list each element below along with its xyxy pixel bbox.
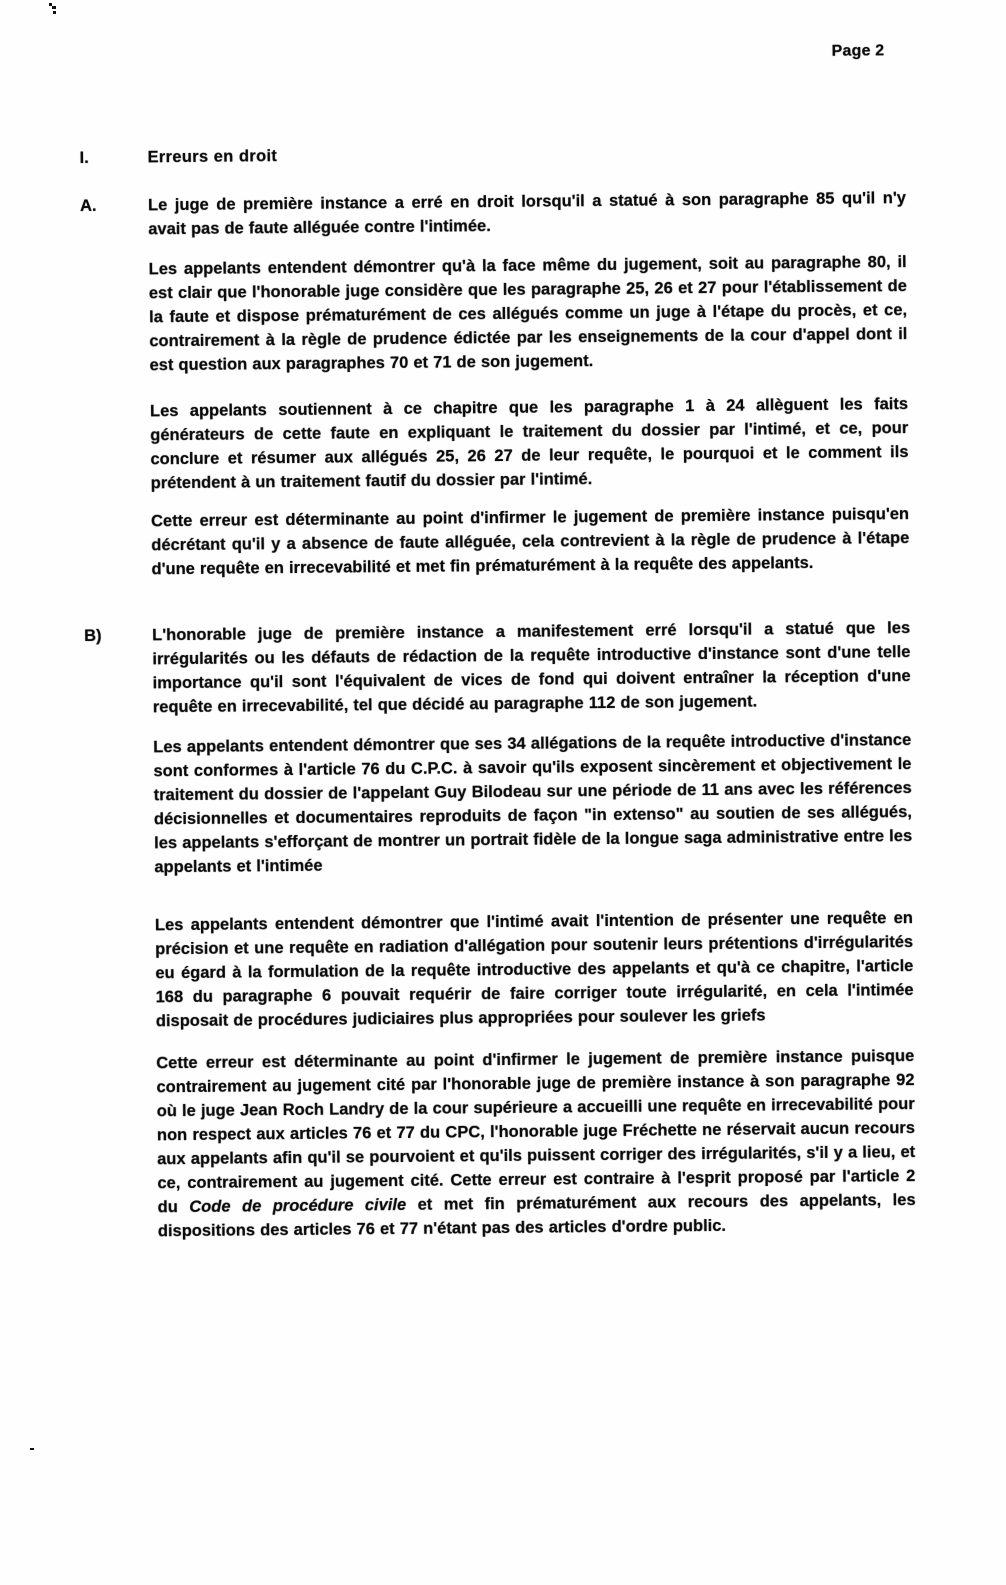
paragraph: Les appelants entendent démontrer que se… <box>85 728 914 880</box>
item-a-heading: A. Le juge de première instance a erré e… <box>80 186 908 242</box>
paragraph: Les appelants entendent démontrer que l'… <box>87 906 916 1034</box>
paragraph: Les appelants entendent démontrer qu'à l… <box>81 250 910 378</box>
closing-before: Cette erreur est déterminante au point d… <box>156 1047 915 1216</box>
paragraph-text: Les appelants entendent démontrer que l'… <box>155 906 914 1033</box>
item-a-heading-text: Le juge de première instance a erré en d… <box>148 186 906 241</box>
item-a-label: A. <box>80 193 148 218</box>
document-body: I. Erreurs en droit A. Le juge de premiè… <box>79 138 918 1244</box>
section-heading: I. Erreurs en droit <box>79 138 907 170</box>
paragraph: Les appelants soutiennent à ce chapitre … <box>82 392 911 496</box>
paragraph-text: Les appelants entendent démontrer qu'à l… <box>149 250 908 377</box>
paragraph-text: Les appelants soutiennent à ce chapitre … <box>150 392 909 495</box>
section-title: Erreurs en droit <box>147 138 905 169</box>
paragraph-text: Cette erreur est déterminante au point d… <box>151 502 910 581</box>
closing-paragraph: Cette erreur est déterminante au point d… <box>156 1044 916 1243</box>
paragraph: Cette erreur est déterminante au point d… <box>83 502 912 582</box>
statute-title: Code de procédure civile <box>189 1196 406 1216</box>
paragraph-text: Les appelants entendent démontrer que se… <box>153 728 912 879</box>
section-number: I. <box>79 145 147 170</box>
paragraph: Cette erreur est déterminante au point d… <box>88 1044 918 1244</box>
item-b-heading-text: L'honorable juge de première instance a … <box>152 616 911 719</box>
item-b-heading: B) L'honorable juge de première instance… <box>84 616 913 720</box>
item-b-label: B) <box>84 623 152 648</box>
page-number: Page 2 <box>832 42 885 61</box>
scanned-document-page: Page 2 I. Erreurs en droit A. Le juge de… <box>0 0 1006 1585</box>
document-content: Page 2 I. Erreurs en droit A. Le juge de… <box>0 0 1006 1585</box>
